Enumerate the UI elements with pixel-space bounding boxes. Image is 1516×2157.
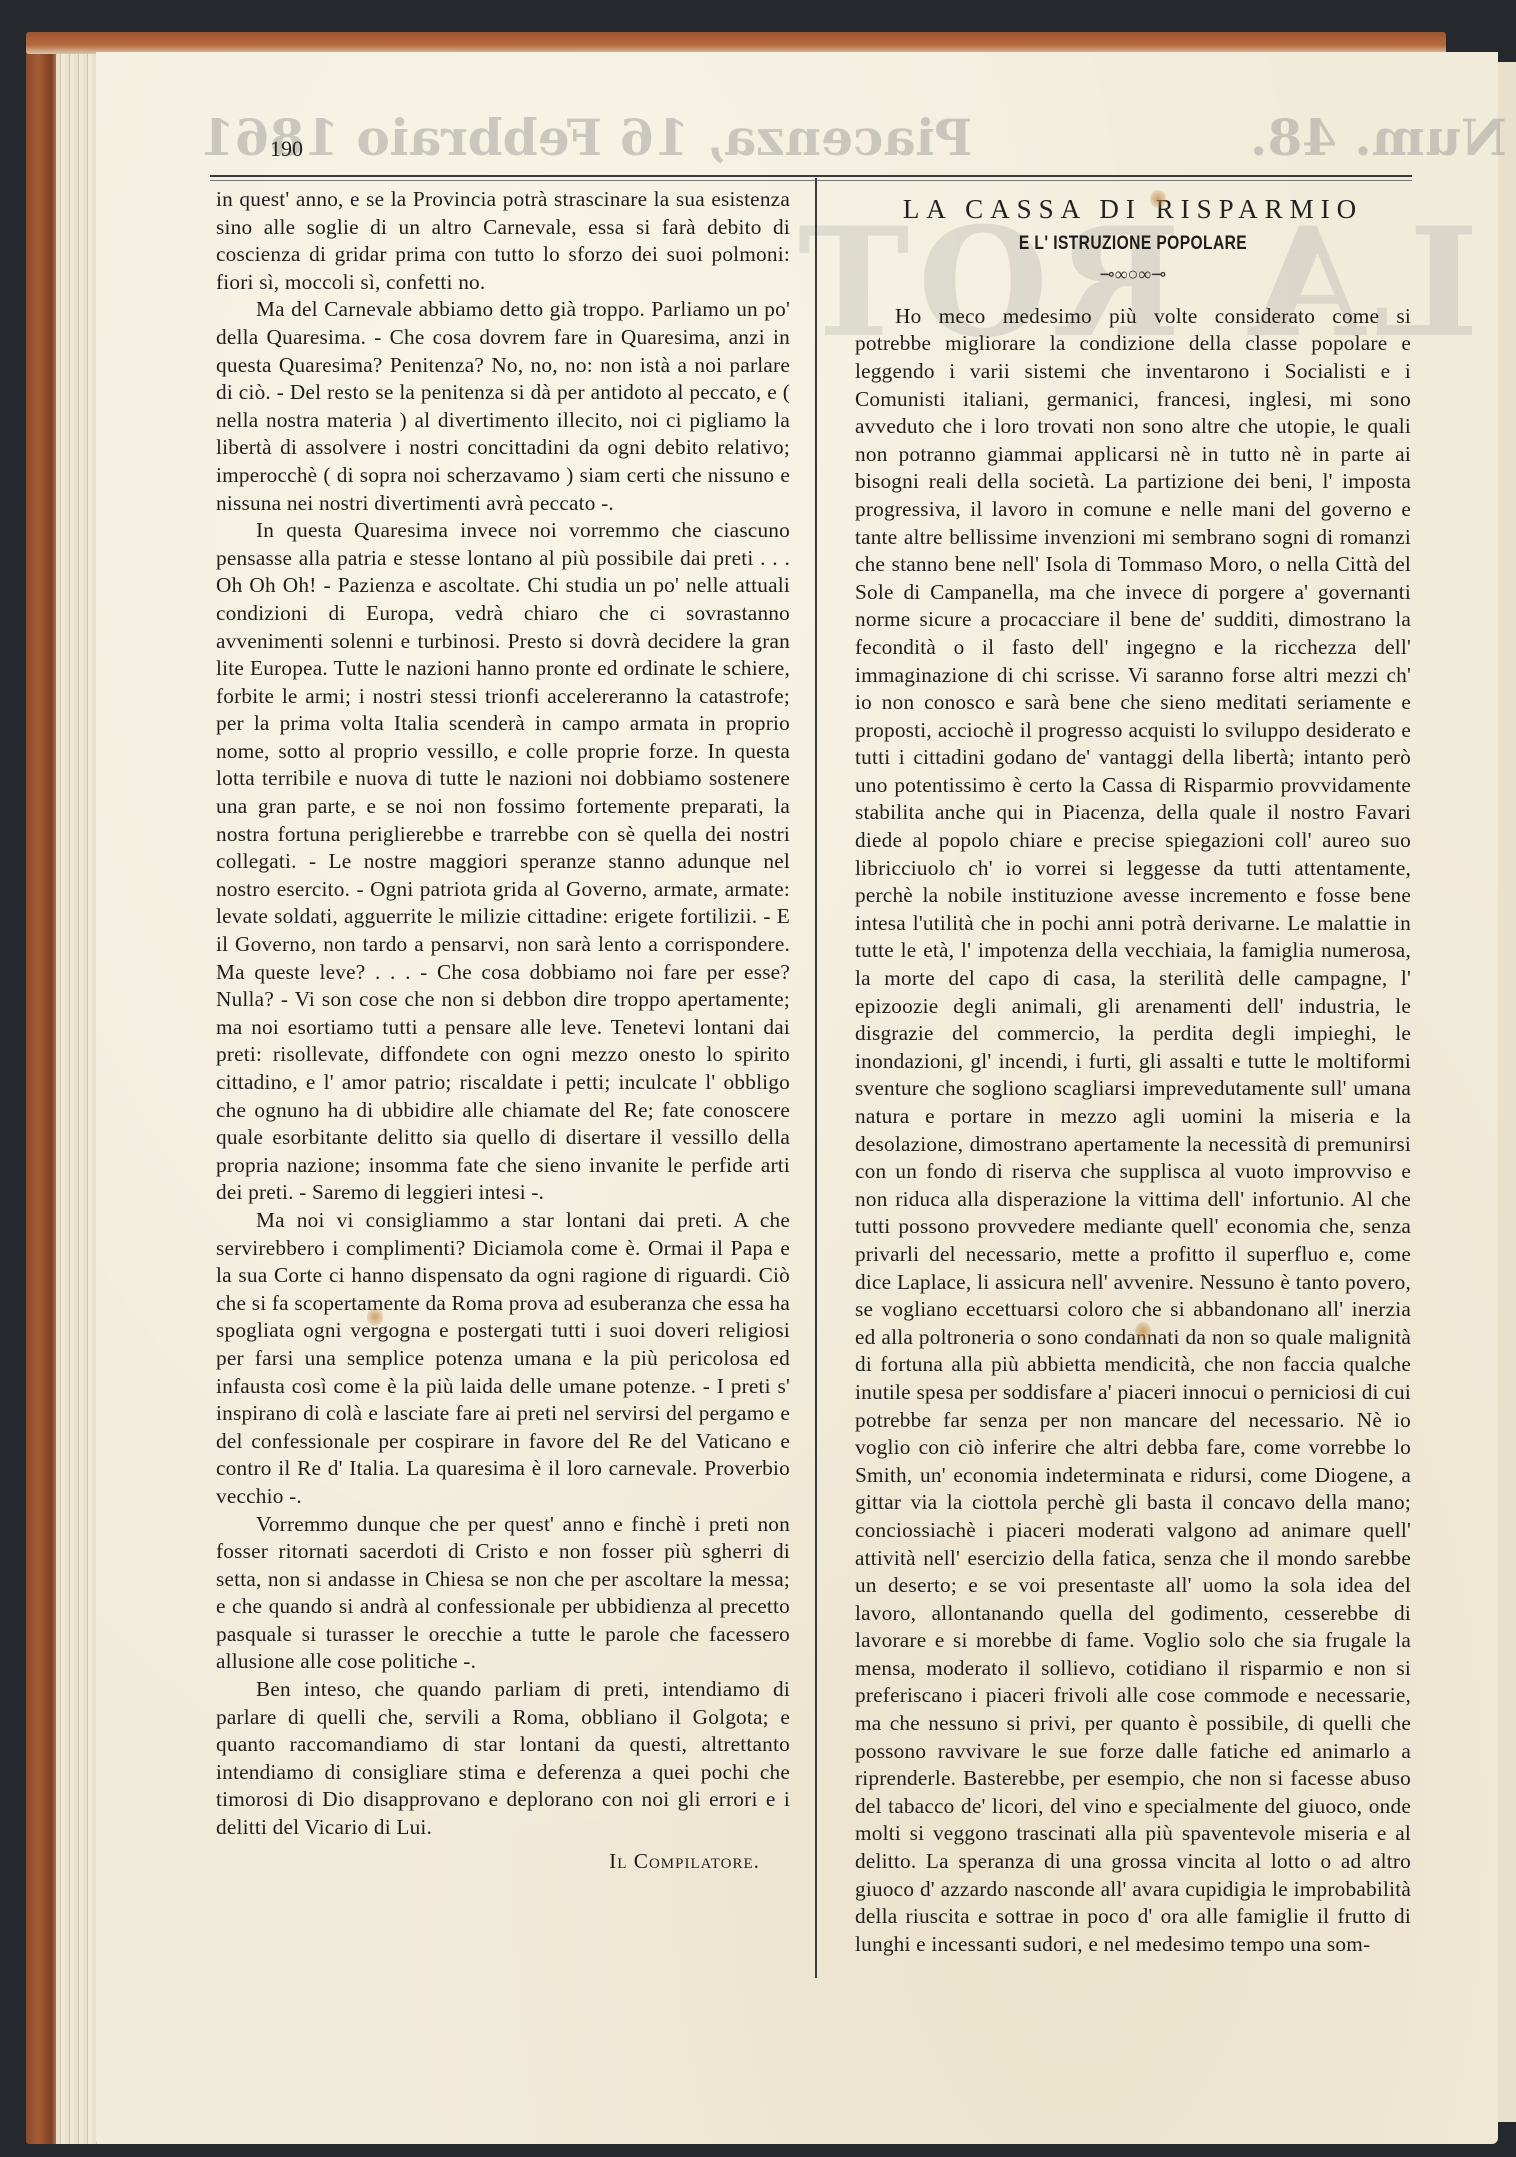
article-headline: LA CASSA DI RISPARMIO <box>855 196 1411 224</box>
page-edges <box>56 54 100 2144</box>
book-binding-top <box>26 32 1446 54</box>
paragraph: In questa Quaresima invece noi vorremmo … <box>216 517 790 1207</box>
left-column: in quest' anno, e se la Provincia potrà … <box>216 186 790 1875</box>
paper-stain <box>1150 190 1166 208</box>
article-subheadline: E L' ISTRUZIONE POPOLARE <box>905 230 1361 258</box>
page-number: 190 <box>270 136 303 162</box>
header-rule <box>210 175 1412 181</box>
paper-stain <box>367 1308 383 1326</box>
paragraph: Ho meco medesimo più volte considerato c… <box>855 303 1411 1959</box>
paragraph: Ma noi vi consigliammo a star lontani da… <box>216 1207 790 1511</box>
paper-stain <box>1135 1322 1151 1340</box>
author-signature: Il Compilatore. <box>216 1848 790 1876</box>
show-through-date: Piacenza, 16 Febbraio 1861 <box>200 108 972 167</box>
paragraph: Ma del Carnevale abbiamo detto già tropp… <box>216 296 790 517</box>
paragraph: in quest' anno, e se la Provincia potrà … <box>216 186 790 296</box>
ornament-divider-icon: ⊸∞○∞⊸ <box>855 261 1411 289</box>
paragraph: Vorremmo dunque che per quest' anno e fi… <box>216 1511 790 1677</box>
show-through-issue: Num. 48. <box>1250 108 1507 167</box>
adjacent-page-edge <box>1496 62 1516 2122</box>
paragraph: Ben inteso, che quando parliam di preti,… <box>216 1676 790 1842</box>
right-column: LA CASSA DI RISPARMIO E L' ISTRUZIONE PO… <box>855 186 1411 1958</box>
column-divider <box>815 178 817 1978</box>
